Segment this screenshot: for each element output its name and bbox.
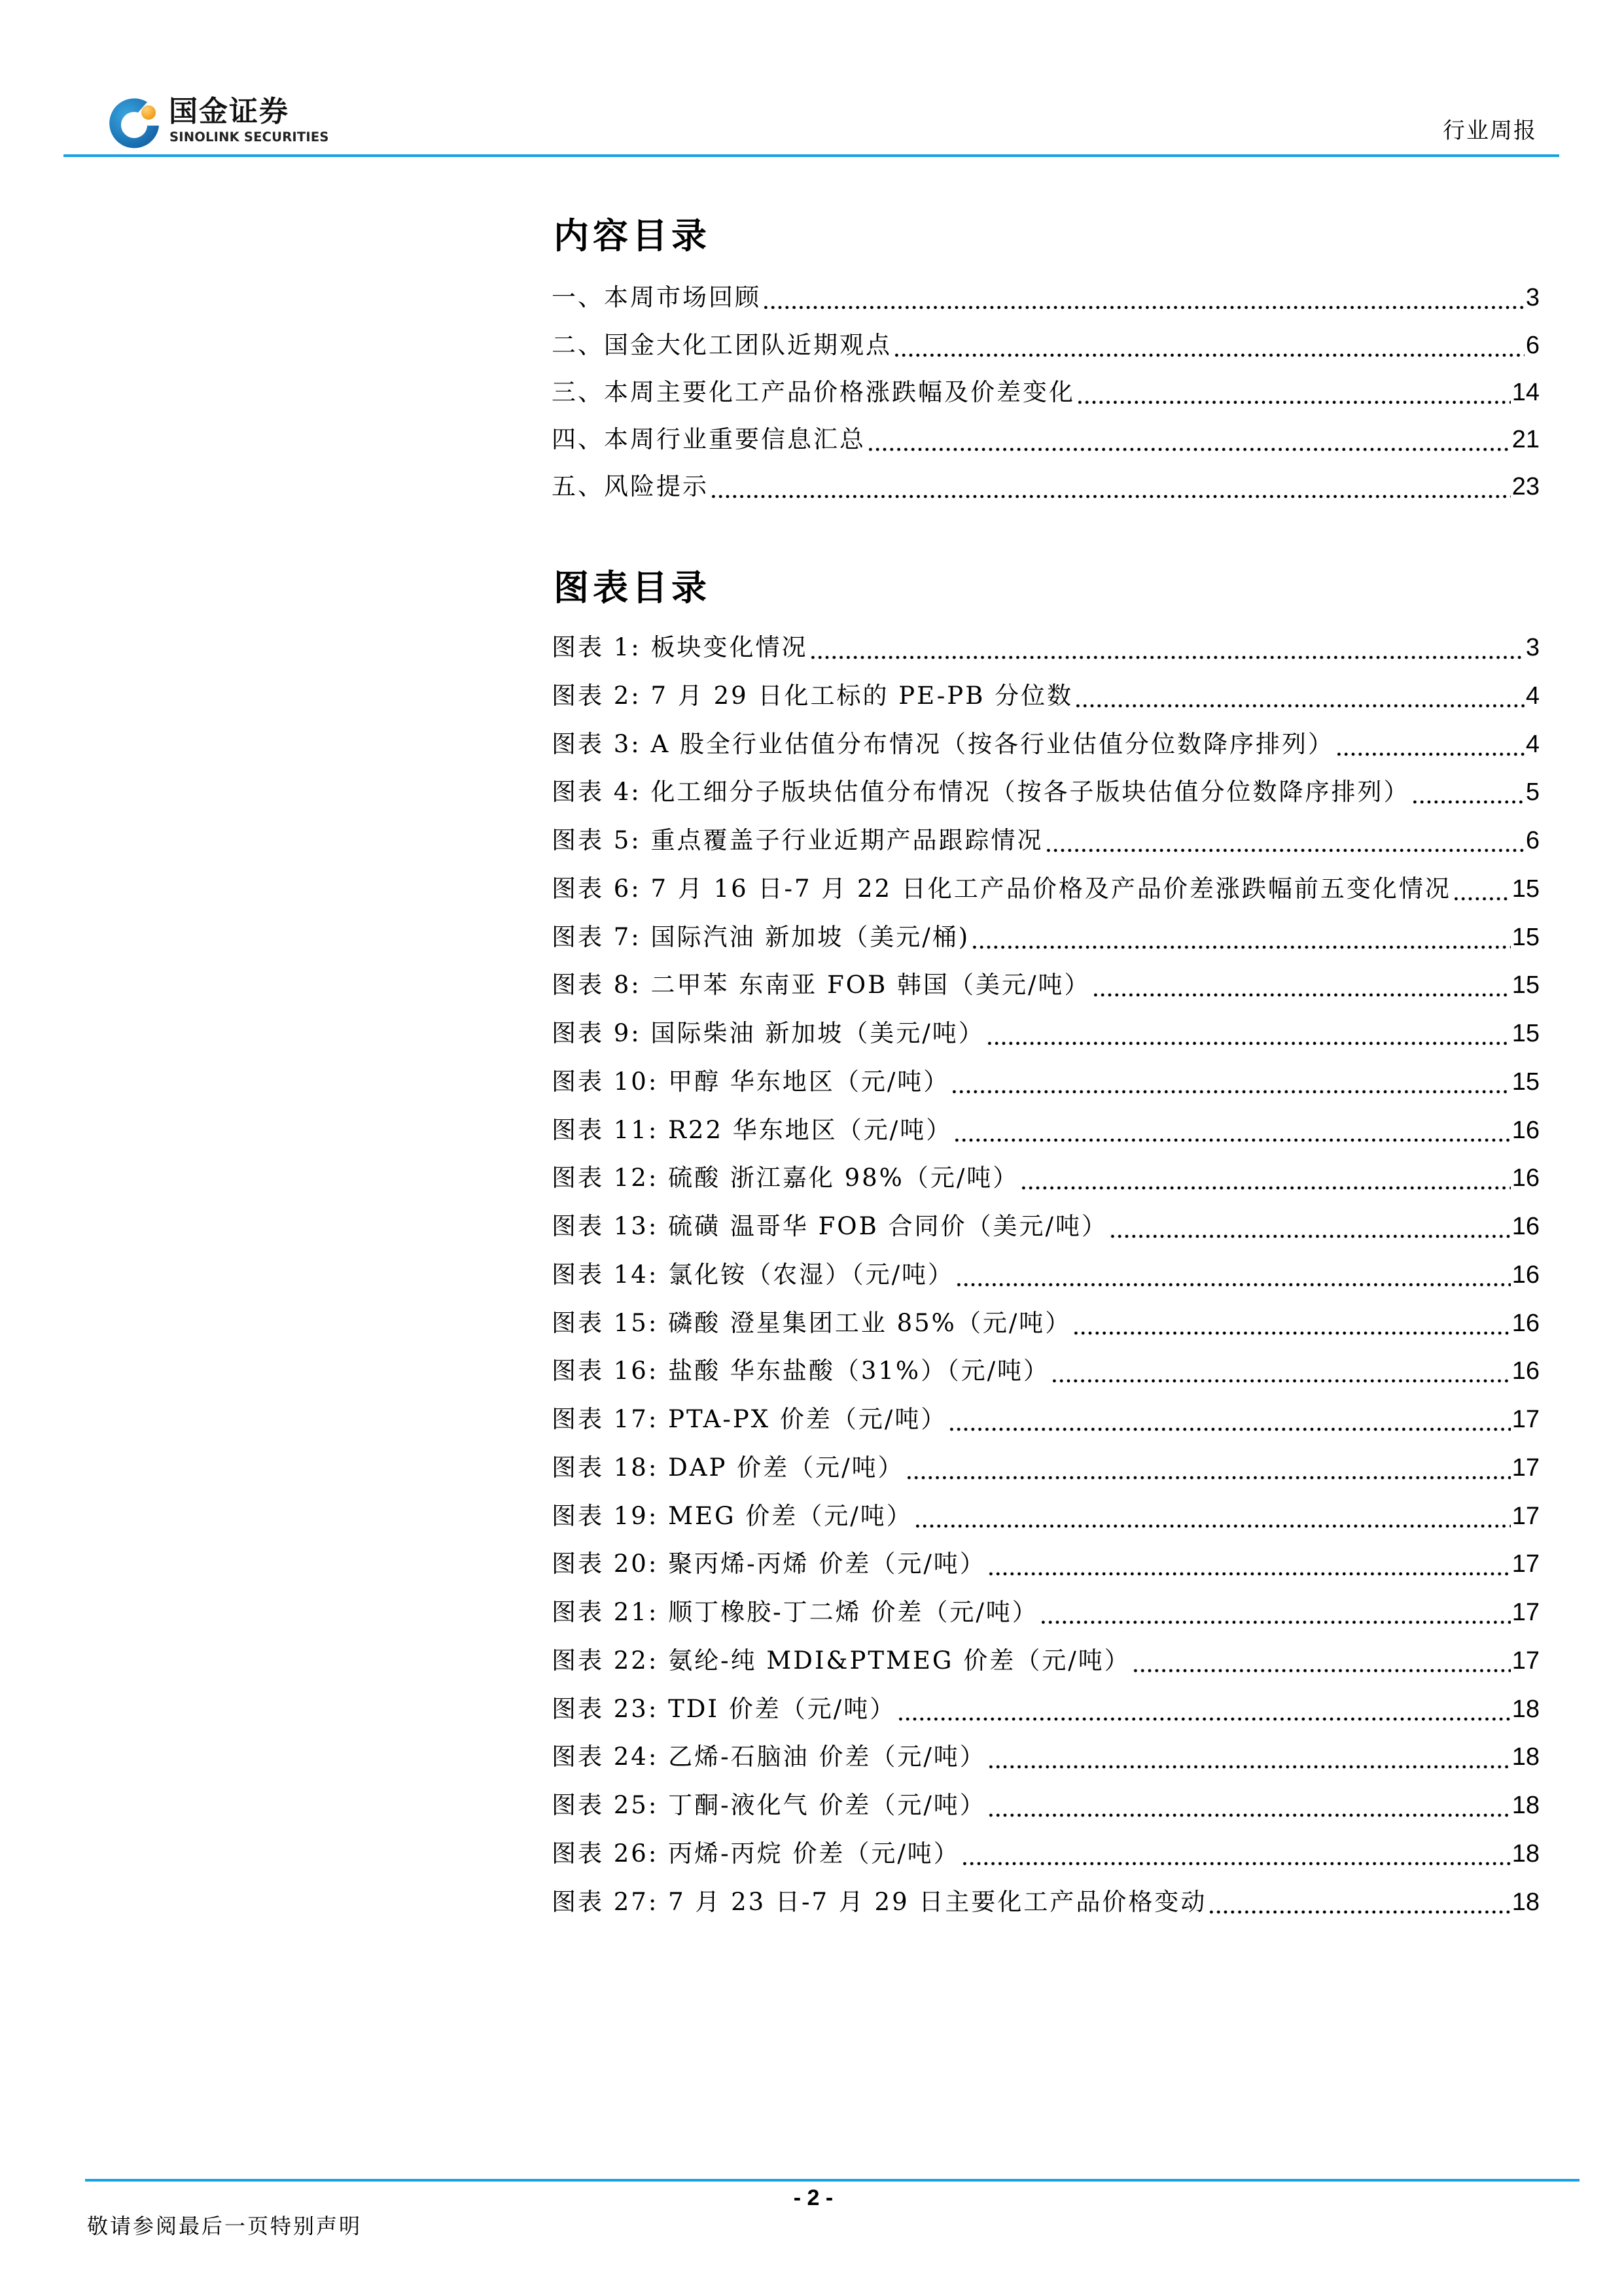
page-number: - 2 - (772, 2185, 855, 2211)
figure-entry[interactable]: 图表 8: 二甲苯 东南亚 FOB 韩国（美元/吨）15 (552, 971, 1540, 1000)
figure-number: 图表 2: (552, 682, 641, 710)
figure-entry-page: 15 (1512, 923, 1540, 952)
figure-entry-label: 图表 9: 国际柴油 新加坡（美元/吨） (552, 1019, 985, 1048)
figure-entry-page: 17 (1512, 1598, 1540, 1627)
dot-leader (1072, 1309, 1510, 1338)
figure-title: 7 月 29 日化工标的 PE-PB 分位数 (651, 682, 1074, 710)
figure-entry-page: 18 (1512, 1743, 1540, 1771)
toc-entry[interactable]: 五、风险提示 23 (552, 472, 1540, 501)
figure-entry-page: 4 (1526, 730, 1540, 759)
figure-entry-label: 图表 12: 硫酸 浙江嘉化 98%（元/吨） (552, 1164, 1019, 1192)
figure-number: 图表 24: (552, 1743, 658, 1771)
figure-entry-page: 15 (1512, 971, 1540, 1000)
figure-entry-label: 图表 14: 氯化铵（农湿）（元/吨） (552, 1261, 954, 1289)
figure-title: 聚丙烯-丙烯 价差（元/吨） (668, 1550, 986, 1578)
figure-entry-page: 18 (1512, 1695, 1540, 1724)
figure-entry[interactable]: 图表 9: 国际柴油 新加坡（美元/吨）15 (552, 1019, 1540, 1048)
figure-entry-label: 图表 5: 重点覆盖子行业近期产品跟踪情况 (552, 826, 1044, 855)
figure-number: 图表 18: (552, 1453, 658, 1482)
header-divider (63, 154, 1559, 157)
dot-leader (867, 425, 1511, 454)
figure-title: R22 华东地区（元/吨） (668, 1116, 952, 1144)
toc-entry-page: 3 (1526, 283, 1540, 312)
figure-title: 氨纶-纯 MDI&PTMEG 价差（元/吨） (668, 1646, 1131, 1675)
figure-entry-page: 17 (1512, 1646, 1540, 1675)
figure-title: 盐酸 华东盐酸（31%）（元/吨） (668, 1357, 1050, 1385)
footer-divider (85, 2179, 1580, 2182)
figure-entry-page: 16 (1512, 1261, 1540, 1289)
figure-number: 图表 7: (552, 923, 641, 951)
dot-leader (1076, 378, 1511, 407)
figure-number: 图表 14: (552, 1261, 658, 1289)
figure-number: 图表 23: (552, 1695, 658, 1723)
figure-number: 图表 22: (552, 1646, 658, 1675)
dot-leader (1335, 730, 1525, 759)
figure-number: 图表 11: (552, 1116, 658, 1144)
figure-number: 图表 5: (552, 826, 641, 854)
figure-title: 二甲苯 东南亚 FOB 韩国（美元/吨） (651, 971, 1091, 999)
figure-entry-page: 16 (1512, 1309, 1540, 1338)
figure-entry-page: 17 (1512, 1405, 1540, 1434)
toc-entry-page: 14 (1512, 378, 1540, 407)
dot-leader (951, 1068, 1510, 1096)
figure-number: 图表 27: (552, 1888, 658, 1916)
figure-title: 丁酮-液化气 价差（元/吨） (668, 1791, 986, 1819)
figure-number: 图表 6: (552, 875, 641, 903)
figure-entry[interactable]: 图表 4: 化工细分子版块估值分布情况（按各子版块估值分位数降序排列）5 (552, 778, 1540, 807)
figure-number: 图表 1: (552, 633, 641, 661)
figure-title: 国际柴油 新加坡（美元/吨） (651, 1019, 985, 1047)
toc-entry-page: 6 (1526, 331, 1540, 360)
figure-entry[interactable]: 图表 14: 氯化铵（农湿）（元/吨）16 (552, 1261, 1540, 1289)
figure-number: 图表 15: (552, 1309, 658, 1337)
dot-leader (987, 1743, 1511, 1771)
figure-entry[interactable]: 图表 25: 丁酮-液化气 价差（元/吨）18 (552, 1791, 1540, 1820)
figure-entry-label: 图表 24: 乙烯-石脑油 价差（元/吨） (552, 1743, 986, 1771)
dot-leader (1092, 971, 1511, 1000)
dot-leader (1051, 1357, 1511, 1385)
dot-leader (971, 923, 1511, 952)
figure-entry-page: 18 (1512, 1791, 1540, 1820)
figure-number: 图表 12: (552, 1164, 658, 1192)
figure-entry-label: 图表 2: 7 月 29 日化工标的 PE-PB 分位数 (552, 682, 1073, 710)
toc-entry-label: 二、国金大化工团队近期观点 (552, 331, 892, 360)
figure-number: 图表 19: (552, 1502, 658, 1530)
dot-leader (986, 1019, 1511, 1048)
figure-entry-label: 图表 4: 化工细分子版块估值分布情况（按各子版块估值分位数降序排列） (552, 778, 1410, 807)
figure-entry[interactable]: 图表 13: 硫磺 温哥华 FOB 合同价（美元/吨）16 (552, 1212, 1540, 1241)
dot-leader (914, 1502, 1511, 1531)
figure-entry[interactable]: 图表 18: DAP 价差（元/吨）17 (552, 1453, 1540, 1482)
figure-title: 硫酸 浙江嘉化 98%（元/吨） (668, 1164, 1019, 1192)
dot-leader (961, 1839, 1511, 1868)
figure-title: TDI 价差（元/吨） (668, 1695, 896, 1723)
toc-entry[interactable]: 二、国金大化工团队近期观点 6 (552, 331, 1540, 360)
figure-entry-page: 15 (1512, 1068, 1540, 1096)
figure-entry-label: 图表 8: 二甲苯 东南亚 FOB 韩国（美元/吨） (552, 971, 1091, 1000)
dot-leader (1453, 875, 1511, 903)
figure-entry-label: 图表 20: 聚丙烯-丙烯 价差（元/吨） (552, 1550, 986, 1578)
figure-entry-page: 18 (1512, 1888, 1540, 1917)
dot-leader (906, 1453, 1511, 1482)
figure-title: 7 月 16 日-7 月 22 日化工产品价格及产品价差涨跌幅前五变化情况 (651, 875, 1451, 903)
figure-entry-label: 图表 10: 甲醇 华东地区（元/吨） (552, 1068, 949, 1096)
figure-entry-label: 图表 27: 7 月 23 日-7 月 29 日主要化工产品价格变动 (552, 1888, 1207, 1917)
figure-entry-page: 16 (1512, 1116, 1540, 1145)
figure-entry-label: 图表 26: 丙烯-丙烷 价差（元/吨） (552, 1839, 960, 1868)
figure-entry[interactable]: 图表 2: 7 月 29 日化工标的 PE-PB 分位数4 (552, 682, 1540, 710)
figure-entry-label: 图表 16: 盐酸 华东盐酸（31%）（元/吨） (552, 1357, 1050, 1385)
figure-title: 板块变化情况 (651, 633, 808, 661)
figure-entry-label: 图表 19: MEG 价差（元/吨） (552, 1502, 913, 1531)
figure-entry-label: 图表 15: 磷酸 澄星集团工业 85%（元/吨） (552, 1309, 1071, 1338)
dot-leader (987, 1550, 1511, 1578)
figure-number: 图表 4: (552, 778, 641, 806)
toc-entry[interactable]: 四、本周行业重要信息汇总 21 (552, 425, 1540, 454)
dot-leader (1020, 1164, 1510, 1192)
figure-entry-page: 5 (1526, 778, 1540, 807)
figure-entry-page: 17 (1512, 1453, 1540, 1482)
dot-leader (948, 1405, 1510, 1434)
figure-entry[interactable]: 图表 11: R22 华东地区（元/吨）16 (552, 1116, 1540, 1145)
toc-entry-label: 五、风险提示 (552, 472, 709, 501)
figure-entry-page: 16 (1512, 1164, 1540, 1192)
figure-number: 图表 25: (552, 1791, 658, 1819)
dot-leader (955, 1261, 1511, 1289)
figure-number: 图表 8: (552, 971, 641, 999)
toc-entry-page: 23 (1512, 472, 1540, 501)
figure-title: 国际汽油 新加坡（美元/桶) (651, 923, 970, 951)
dot-leader (1132, 1646, 1511, 1675)
figure-title: 7 月 23 日-7 月 29 日主要化工产品价格变动 (668, 1888, 1207, 1916)
figure-title: 重点覆盖子行业近期产品跟踪情况 (651, 826, 1044, 854)
dot-leader (953, 1116, 1510, 1145)
figure-entry[interactable]: 图表 22: 氨纶-纯 MDI&PTMEG 价差（元/吨）17 (552, 1646, 1540, 1675)
figure-entry[interactable]: 图表 16: 盐酸 华东盐酸（31%）（元/吨）16 (552, 1357, 1540, 1385)
toc-entry-label: 三、本周主要化工产品价格涨跌幅及价差变化 (552, 378, 1075, 407)
figure-entry[interactable]: 图表 23: TDI 价差（元/吨）18 (552, 1695, 1540, 1724)
figure-entry-page: 6 (1526, 826, 1540, 855)
figure-entry[interactable]: 图表 19: MEG 价差（元/吨）17 (552, 1502, 1540, 1531)
dot-leader (809, 633, 1525, 662)
figure-entry-label: 图表 1: 板块变化情况 (552, 633, 808, 662)
dot-leader (1109, 1212, 1511, 1241)
contents-title: 内容目录 (554, 216, 711, 255)
figure-entry[interactable]: 图表 24: 乙烯-石脑油 价差（元/吨）18 (552, 1743, 1540, 1771)
dot-leader (1208, 1888, 1510, 1917)
figure-title: PTA-PX 价差（元/吨） (668, 1405, 947, 1433)
figure-entry-page: 15 (1512, 1019, 1540, 1048)
figure-entry-page: 17 (1512, 1502, 1540, 1531)
figure-entry-label: 图表 18: DAP 价差（元/吨） (552, 1453, 904, 1482)
sinolink-logo-icon (107, 96, 164, 153)
figure-title: DAP 价差（元/吨） (668, 1453, 904, 1482)
figure-entry[interactable]: 图表 27: 7 月 23 日-7 月 29 日主要化工产品价格变动18 (552, 1888, 1540, 1917)
disclaimer-text: 敬请参阅最后一页特别声明 (87, 2213, 362, 2239)
figure-number: 图表 3: (552, 730, 641, 758)
figure-title: 丙烯-丙烷 价差（元/吨） (668, 1839, 960, 1868)
figure-entry[interactable]: 图表 1: 板块变化情况3 (552, 633, 1540, 662)
figure-entry-label: 图表 22: 氨纶-纯 MDI&PTMEG 价差（元/吨） (552, 1646, 1131, 1675)
figure-entry[interactable]: 图表 17: PTA-PX 价差（元/吨）17 (552, 1405, 1540, 1434)
toc-entry[interactable]: 三、本周主要化工产品价格涨跌幅及价差变化 14 (552, 378, 1540, 407)
figure-entry-label: 图表 23: TDI 价差（元/吨） (552, 1695, 896, 1724)
figure-entry[interactable]: 图表 21: 顺丁橡胶-丁二烯 价差（元/吨）17 (552, 1598, 1540, 1627)
figure-number: 图表 10: (552, 1068, 658, 1096)
figure-title: 磷酸 澄星集团工业 85%（元/吨） (668, 1309, 1071, 1337)
toc-entry-label: 一、本周市场回顾 (552, 283, 761, 312)
figure-number: 图表 16: (552, 1357, 658, 1385)
figure-entry[interactable]: 图表 5: 重点覆盖子行业近期产品跟踪情况6 (552, 826, 1540, 855)
figure-entry[interactable]: 图表 20: 聚丙烯-丙烯 价差（元/吨）17 (552, 1550, 1540, 1578)
figure-entry-page: 17 (1512, 1550, 1540, 1578)
figure-title: A 股全行业估值分布情况（按各行业估值分位数降序排列） (651, 730, 1334, 758)
brand-name-cn: 国金证券 (169, 96, 289, 128)
dot-leader (987, 1791, 1511, 1820)
brand-name-en: SINOLINK SECURITIES (169, 130, 329, 145)
figure-number: 图表 26: (552, 1839, 658, 1868)
figure-entry[interactable]: 图表 26: 丙烯-丙烷 价差（元/吨）18 (552, 1839, 1540, 1868)
figure-entry-page: 15 (1512, 875, 1540, 903)
toc-entry-label: 四、本周行业重要信息汇总 (552, 425, 866, 454)
figure-entry[interactable]: 图表 7: 国际汽油 新加坡（美元/桶)15 (552, 923, 1540, 952)
figure-title: 氯化铵（农湿）（元/吨） (668, 1261, 954, 1289)
dot-leader (1040, 1598, 1511, 1627)
figure-title: 甲醇 华东地区（元/吨） (668, 1068, 949, 1096)
figure-entry-page: 16 (1512, 1357, 1540, 1385)
figure-entry-label: 图表 7: 国际汽油 新加坡（美元/桶) (552, 923, 970, 952)
figure-entry[interactable]: 图表 15: 磷酸 澄星集团工业 85%（元/吨）16 (552, 1309, 1540, 1338)
figure-number: 图表 17: (552, 1405, 658, 1433)
figure-entry[interactable]: 图表 12: 硫酸 浙江嘉化 98%（元/吨）16 (552, 1164, 1540, 1192)
figure-title: 乙烯-石脑油 价差（元/吨） (668, 1743, 986, 1771)
figure-title: 硫磺 温哥华 FOB 合同价（美元/吨） (668, 1212, 1108, 1240)
figure-entry-page: 16 (1512, 1212, 1540, 1241)
dot-leader (893, 331, 1525, 360)
figure-number: 图表 9: (552, 1019, 641, 1047)
figures-title: 图表目录 (554, 568, 711, 607)
figure-entry-page: 4 (1526, 682, 1540, 710)
figure-entry[interactable]: 图表 3: A 股全行业估值分布情况（按各行业估值分位数降序排列）4 (552, 730, 1540, 759)
dot-leader (762, 283, 1525, 312)
figure-entry-label: 图表 21: 顺丁橡胶-丁二烯 价差（元/吨） (552, 1598, 1038, 1627)
figure-number: 图表 20: (552, 1550, 658, 1578)
figure-entry-label: 图表 13: 硫磺 温哥华 FOB 合同价（美元/吨） (552, 1212, 1108, 1241)
figure-entry-label: 图表 6: 7 月 16 日-7 月 22 日化工产品价格及产品价差涨跌幅前五变… (552, 875, 1451, 903)
figure-entry-label: 图表 3: A 股全行业估值分布情况（按各行业估值分位数降序排列） (552, 730, 1334, 759)
dot-leader (710, 472, 1511, 501)
toc-entry[interactable]: 一、本周市场回顾 3 (552, 283, 1540, 312)
dot-leader (1074, 682, 1525, 710)
figure-entry-label: 图表 25: 丁酮-液化气 价差（元/吨） (552, 1791, 986, 1820)
figure-entry-label: 图表 17: PTA-PX 价差（元/吨） (552, 1405, 947, 1434)
toc-entry-page: 21 (1512, 425, 1540, 454)
figure-title: 顺丁橡胶-丁二烯 价差（元/吨） (668, 1598, 1038, 1626)
dot-leader (1045, 826, 1525, 855)
figure-entry[interactable]: 图表 10: 甲醇 华东地区（元/吨）15 (552, 1068, 1540, 1096)
dot-leader (897, 1695, 1510, 1724)
figure-title: 化工细分子版块估值分布情况（按各子版块估值分位数降序排列） (651, 778, 1410, 806)
report-type: 行业周报 (1443, 116, 1537, 145)
figure-entry[interactable]: 图表 6: 7 月 16 日-7 月 22 日化工产品价格及产品价差涨跌幅前五变… (552, 875, 1540, 903)
figure-number: 图表 13: (552, 1212, 658, 1240)
figure-title: MEG 价差（元/吨） (668, 1502, 913, 1530)
figure-number: 图表 21: (552, 1598, 658, 1626)
figure-entry-page: 3 (1526, 633, 1540, 662)
figure-entry-page: 18 (1512, 1839, 1540, 1868)
figure-entry-label: 图表 11: R22 华东地区（元/吨） (552, 1116, 952, 1145)
dot-leader (1411, 778, 1525, 807)
